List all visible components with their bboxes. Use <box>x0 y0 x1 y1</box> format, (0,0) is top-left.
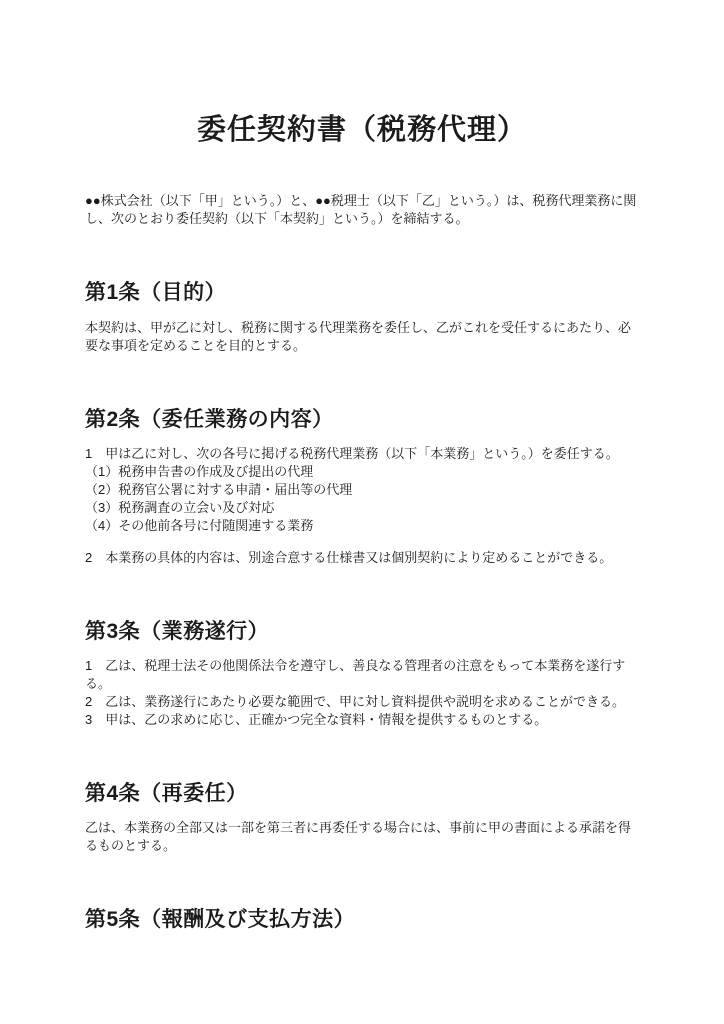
article-1-heading: 第1条（目的） <box>85 280 639 306</box>
article-2-block-2: 2 本業務の具体的内容は、別途合意する仕様書又は個別契約により定めることができる… <box>85 549 639 567</box>
preamble: ●●株式会社（以下「甲」という。）と、●●税理士（以下「乙」という。）は、税務代… <box>85 192 639 228</box>
document-title: 委任契約書（税務代理） <box>85 112 639 148</box>
article-3-clause-1: 1 乙は、税理士法その他関係法令を遵守し、善良なる管理者の注意をもって本業務を遂… <box>85 657 639 693</box>
article-2-heading: 第2条（委任業務の内容） <box>85 407 639 433</box>
article-3-block-1: 1 乙は、税理士法その他関係法令を遵守し、善良なる管理者の注意をもって本業務を遂… <box>85 657 639 729</box>
article-3-clause-2: 2 乙は、業務遂行にあたり必要な範囲で、甲に対し資料提供や説明を求めることができ… <box>85 693 639 711</box>
article-1: 第1条（目的） 本契約は、甲が乙に対し、税務に関する代理業務を委任し、乙がこれを… <box>85 280 639 354</box>
article-2-block-1: 1 甲は乙に対し、次の各号に掲げる税務代理業務（以下「本業務」という。）を委任す… <box>85 445 639 535</box>
document-page: 委任契約書（税務代理） ●●株式会社（以下「甲」という。）と、●●税理士（以下「… <box>0 0 724 1024</box>
article-1-paragraph: 本契約は、甲が乙に対し、税務に関する代理業務を委任し、乙がこれを受任するにあたり… <box>85 319 639 355</box>
article-2-item-4: （4）その他前各号に付随関連する業務 <box>85 517 639 535</box>
article-2: 第2条（委任業務の内容） 1 甲は乙に対し、次の各号に掲げる税務代理業務（以下「… <box>85 407 639 567</box>
article-1-block-1: 本契約は、甲が乙に対し、税務に関する代理業務を委任し、乙がこれを受任するにあたり… <box>85 319 639 355</box>
article-2-clause-2: 2 本業務の具体的内容は、別途合意する仕様書又は個別契約により定めることができる… <box>85 549 639 567</box>
article-4: 第4条（再委任） 乙は、本業務の全部又は一部を第三者に再委任する場合には、事前に… <box>85 781 639 855</box>
article-4-paragraph: 乙は、本業務の全部又は一部を第三者に再委任する場合には、事前に甲の書面による承諾… <box>85 819 639 855</box>
article-3-clause-3: 3 甲は、乙の求めに応じ、正確かつ完全な資料・情報を提供するものとする。 <box>85 711 639 729</box>
article-4-block-1: 乙は、本業務の全部又は一部を第三者に再委任する場合には、事前に甲の書面による承諾… <box>85 819 639 855</box>
article-4-heading: 第4条（再委任） <box>85 781 639 807</box>
article-3-heading: 第3条（業務遂行） <box>85 619 639 645</box>
article-2-item-2: （2）税務官公署に対する申請・届出等の代理 <box>85 481 639 499</box>
article-2-item-3: （3）税務調査の立会い及び対応 <box>85 499 639 517</box>
article-5-heading: 第5条（報酬及び支払方法） <box>85 907 639 933</box>
article-5: 第5条（報酬及び支払方法） <box>85 907 639 933</box>
article-2-item-1: （1）税務申告書の作成及び提出の代理 <box>85 463 639 481</box>
article-2-clause-1: 1 甲は乙に対し、次の各号に掲げる税務代理業務（以下「本業務」という。）を委任す… <box>85 445 639 463</box>
article-3: 第3条（業務遂行） 1 乙は、税理士法その他関係法令を遵守し、善良なる管理者の注… <box>85 619 639 729</box>
